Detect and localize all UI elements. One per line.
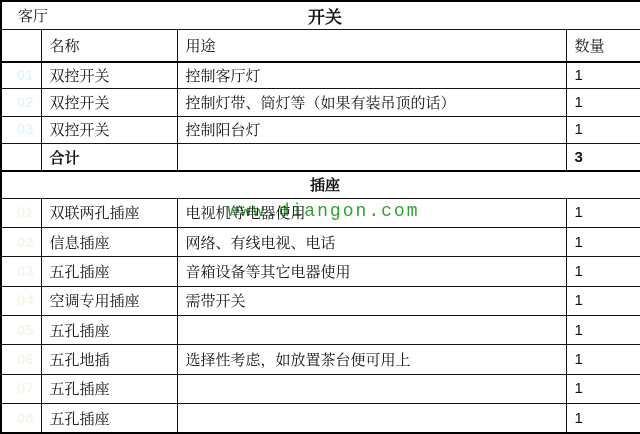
header-name: 名称 (41, 29, 177, 61)
row-number-cell: 01 (1, 198, 41, 227)
row-number-cell: 05 (1, 316, 41, 345)
usage-cell: 网络、有线电视、电话 (177, 228, 566, 257)
row-number-cell: 03 (1, 116, 41, 143)
total-row: 合计 3 (1, 144, 640, 171)
table-row: 08 五孔插座 1 (1, 404, 640, 433)
quantity-cell: 1 (566, 257, 640, 286)
usage-cell: 控制阳台灯 (177, 116, 566, 143)
item-name-cell: 信息插座 (41, 228, 177, 257)
socket-section-title: 插座 (1, 171, 640, 198)
electrical-plan-sheet: 开关 客厅 名称 用途 数量 01 双控开关 控制客厅灯 1 02 双控开关 控… (0, 0, 640, 434)
row-number-cell: 08 (1, 404, 41, 433)
usage-cell (177, 404, 566, 433)
table-row: 02 双控开关 控制灯带、筒灯等（如果有装吊顶的话） 1 (1, 89, 640, 116)
usage-cell: 选择性考虑，如放置茶台便可用上 (177, 345, 566, 374)
quantity-cell: 1 (566, 89, 640, 116)
item-name-cell: 五孔插座 (41, 316, 177, 345)
item-name-cell: 双联两孔插座 (41, 198, 177, 227)
item-name-cell: 五孔地插 (41, 345, 177, 374)
row-number-cell: 01 (1, 62, 41, 89)
item-name-cell: 五孔插座 (41, 404, 177, 433)
quantity-cell: 1 (566, 198, 640, 227)
table-row: 07 五孔插座 1 (1, 374, 640, 403)
usage-cell: 控制客厅灯 (177, 62, 566, 89)
row-number-cell: 02 (1, 89, 41, 116)
quantity-cell: 1 (566, 345, 640, 374)
quantity-cell: 1 (566, 286, 640, 315)
item-name-cell: 空调专用插座 (41, 286, 177, 315)
table-row: 01 双控开关 控制客厅灯 1 (1, 62, 640, 89)
table-row: 03 五孔插座 音箱设备等其它电器使用 1 (1, 257, 640, 286)
quantity-cell: 1 (566, 404, 640, 433)
row-number-cell: 02 (1, 228, 41, 257)
item-name-cell: 五孔插座 (41, 257, 177, 286)
row-number-cell: 07 (1, 374, 41, 403)
table-row: 03 双控开关 控制阳台灯 1 (1, 116, 640, 143)
item-name-cell: 双控开关 (41, 62, 177, 89)
table-row: 04 空调专用插座 需带开关 1 (1, 286, 640, 315)
usage-cell: 控制灯带、筒灯等（如果有装吊顶的话） (177, 89, 566, 116)
table-row: 05 五孔插座 1 (1, 316, 640, 345)
living-room-plan-table: 开关 客厅 名称 用途 数量 01 双控开关 控制客厅灯 1 02 双控开关 控… (0, 0, 640, 434)
quantity-cell: 1 (566, 228, 640, 257)
usage-cell: 需带开关 (177, 286, 566, 315)
quantity-cell: 1 (566, 62, 640, 89)
item-name-cell: 五孔插座 (41, 374, 177, 403)
usage-cell: 音箱设备等其它电器使用 (177, 257, 566, 286)
item-name-cell: 双控开关 (41, 89, 177, 116)
total-empty-cell (1, 144, 41, 171)
header-usage: 用途 (177, 29, 566, 61)
table-row: 06 五孔地插 选择性考虑，如放置茶台便可用上 1 (1, 345, 640, 374)
total-quantity: 3 (566, 144, 640, 171)
table-row: 02 信息插座 网络、有线电视、电话 1 (1, 228, 640, 257)
row-number-cell: 06 (1, 345, 41, 374)
header-qty: 数量 (566, 29, 640, 61)
total-usage-empty (177, 144, 566, 171)
total-label: 合计 (41, 144, 177, 171)
item-name-cell: 双控开关 (41, 116, 177, 143)
table-header-row: 名称 用途 数量 (1, 29, 640, 61)
table-row: 插座 (1, 171, 640, 198)
switch-section-title-cell: 开关 客厅 (1, 1, 640, 29)
usage-cell: www.diangon.com 电视机等电器使用 (177, 198, 566, 227)
table-row: 开关 客厅 (1, 1, 640, 29)
switch-section-title: 开关 (10, 3, 640, 28)
header-empty-cell (1, 29, 41, 61)
quantity-cell: 1 (566, 374, 640, 403)
usage-text: 电视机等电器使用 (186, 205, 306, 222)
quantity-cell: 1 (566, 116, 640, 143)
row-number-cell: 03 (1, 257, 41, 286)
usage-cell (177, 374, 566, 403)
quantity-cell: 1 (566, 316, 640, 345)
row-number-cell: 04 (1, 286, 41, 315)
usage-cell (177, 316, 566, 345)
table-row: 01 双联两孔插座 www.diangon.com 电视机等电器使用 1 (1, 198, 640, 227)
